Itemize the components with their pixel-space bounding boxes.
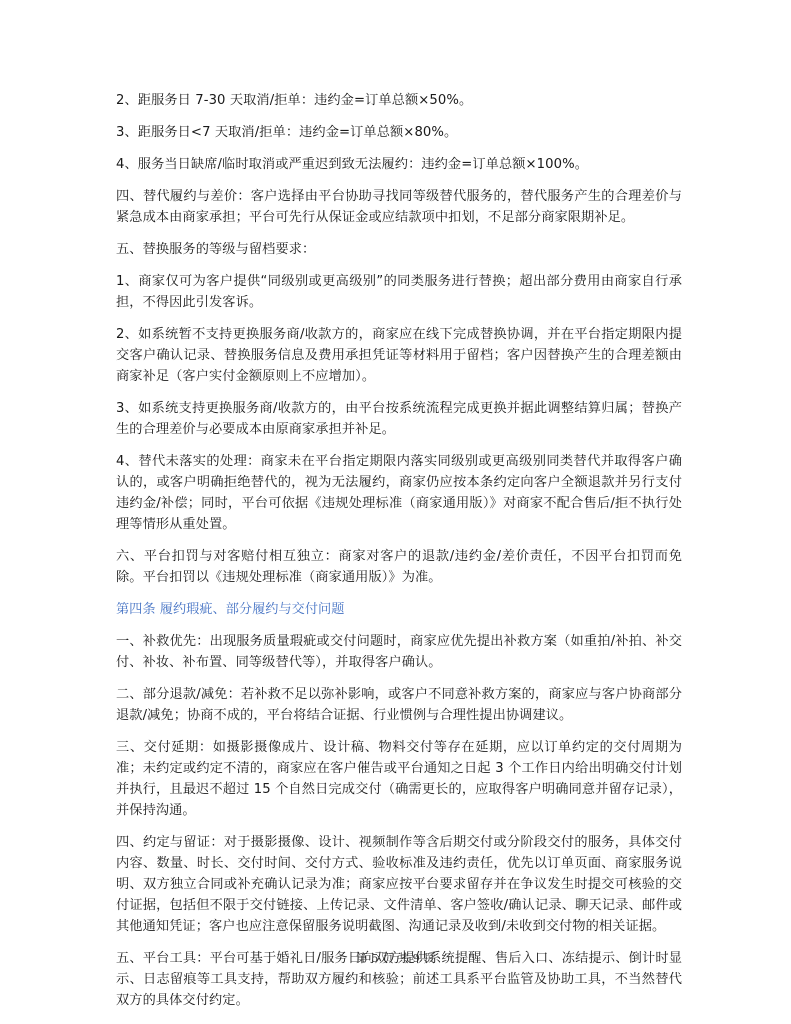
section-heading-article-4: 第四条 履约瑕疵、部分履约与交付问题 bbox=[116, 599, 682, 620]
paragraph-system-replacement: 3、如系统支持更换服务商/收款方的，由平台按系统流程完成更换并据此调整结算归属；… bbox=[116, 398, 682, 440]
paragraph-agreement-evidence: 四、约定与留证：对于摄影摄像、设计、视频制作等含后期交付或分阶段交付的服务，具体… bbox=[116, 832, 682, 937]
paragraph-remedy-priority: 一、补救优先：出现服务质量瑕疵或交付问题时，商家应优先提出补救方案（如重拍/补拍… bbox=[116, 631, 682, 673]
page-number-footer: 第 5 页 共 9 页 bbox=[0, 950, 791, 966]
paragraph-cancel-7-30-days: 2、距服务日 7-30 天取消/拒单：违约金=订单总额×50%。 bbox=[116, 90, 682, 111]
paragraph-no-show: 4、服务当日缺席/临时取消或严重迟到致无法履约：违约金=订单总额×100%。 bbox=[116, 154, 682, 175]
paragraph-substitute-fulfillment: 四、替代履约与差价：客户选择由平台协助寻找同等级替代服务的，替代服务产生的合理差… bbox=[116, 186, 682, 228]
paragraph-delivery-delay: 三、交付延期：如摄影摄像成片、设计稿、物料交付等存在延期，应以订单约定的交付周期… bbox=[116, 737, 682, 821]
paragraph-cancel-under-7-days: 3、距服务日<7 天取消/拒单：违约金=订单总额×80%。 bbox=[116, 122, 682, 143]
document-body: 2、距服务日 7-30 天取消/拒单：违约金=订单总额×50%。 3、距服务日<… bbox=[116, 90, 682, 1022]
paragraph-replacement-level: 1、商家仅可为客户提供“同级别或更高级别”的同类服务进行替换；超出部分费用由商家… bbox=[116, 271, 682, 313]
paragraph-offline-replacement: 2、如系统暂不支持更换服务商/收款方的，商家应在线下完成替换协调，并在平台指定期… bbox=[116, 324, 682, 387]
paragraph-unfulfilled-substitute: 4、替代未落实的处理：商家未在平台指定期限内落实同级别或更高级别同类替代并取得客… bbox=[116, 451, 682, 535]
paragraph-replacement-requirements: 五、替换服务的等级与留档要求： bbox=[116, 239, 682, 260]
paragraph-penalty-independence: 六、平台扣罚与对客赔付相互独立：商家对客户的退款/违约金/差价责任，不因平台扣罚… bbox=[116, 546, 682, 588]
paragraph-partial-refund: 二、部分退款/减免：若补救不足以弥补影响，或客户不同意补救方案的，商家应与客户协… bbox=[116, 684, 682, 726]
document-page: 2、距服务日 7-30 天取消/拒单：违约金=订单总额×50%。 3、距服务日<… bbox=[0, 0, 791, 1024]
